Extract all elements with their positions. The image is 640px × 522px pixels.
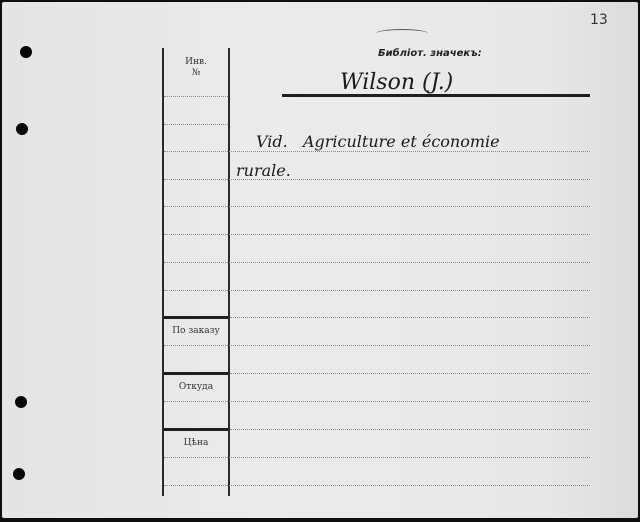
pencil-mark [376,29,428,38]
section-separator [164,316,228,319]
rule [164,290,590,291]
library-mark-label: Библіот. значекъ: [378,48,482,59]
rule [164,206,590,207]
rule [164,151,590,152]
section-separator [164,428,228,431]
author-name: Wilson (J.) [340,70,453,95]
author-underline [282,94,590,97]
entry-text-line2: rurale. [236,161,291,180]
rule [164,262,590,263]
punch-hole [16,123,28,135]
entry-text-line1: Vid. Agriculture et économie [256,132,500,151]
punch-hole [13,468,25,480]
rule [164,401,590,402]
inventory-label: Инв. [164,57,228,67]
rule [164,457,590,458]
order-label: По заказу [164,326,228,336]
punch-hole [20,46,32,58]
corner-number: 13 [590,12,608,28]
price-label: Цѣна [164,438,228,448]
rule [230,429,590,430]
left-rule [164,124,228,125]
left-rule [164,96,228,97]
rule [230,373,590,374]
catalog-card: 13 Инв. № По заказу Откуда Цѣна Библіот.… [2,2,638,518]
inventory-number-label: № [164,68,228,78]
rule [164,485,590,486]
source-label: Откуда [164,382,228,392]
punch-hole [15,396,27,408]
rule [164,345,590,346]
rule [164,179,590,180]
section-separator [164,372,228,375]
rule [164,234,590,235]
rule [230,317,590,318]
